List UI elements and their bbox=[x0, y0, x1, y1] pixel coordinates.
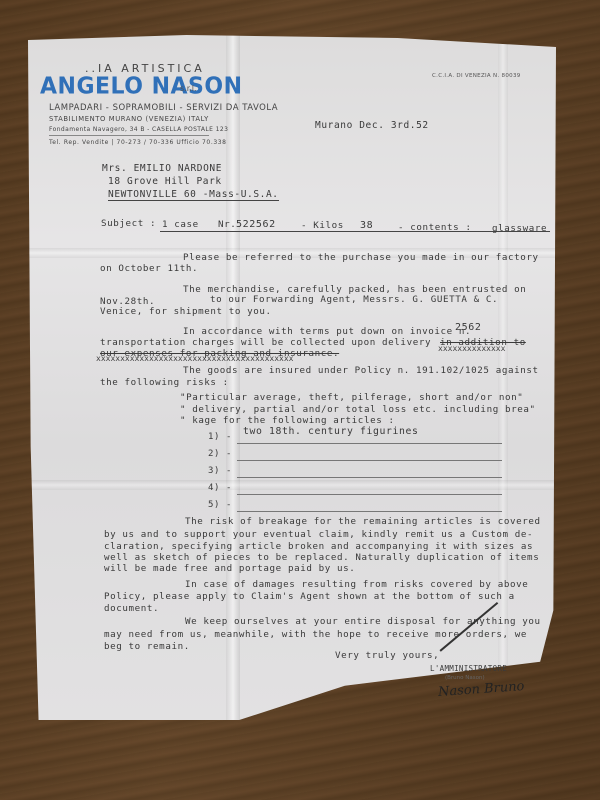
body-text: In case of damages resulting from risks … bbox=[185, 579, 528, 590]
body-text: Please be referred to the purchase you m… bbox=[183, 252, 539, 263]
article-blank-line bbox=[237, 443, 502, 444]
article-number: 1) - bbox=[208, 432, 232, 442]
letterhead-phones: Tel. Rep. Vendite | 70-273 / 70-336 Uffi… bbox=[49, 139, 227, 146]
subject-kilos: 38 bbox=[360, 220, 373, 231]
article-number: 2) - bbox=[208, 449, 232, 459]
body-text: The goods are insured under Policy n. 19… bbox=[183, 365, 539, 376]
subject-number-label: Nr. bbox=[218, 219, 236, 230]
subject-contents: glassware bbox=[492, 223, 547, 234]
letterhead-divider bbox=[49, 135, 209, 136]
risk-text: " kage for the following articles : bbox=[180, 415, 395, 426]
body-text: will be made free and portage paid by us… bbox=[104, 563, 355, 574]
typed-xs: xxxxxxxxxxxxxxxxxxxxxxxxxxxxxxxxxxxxxxxx… bbox=[96, 354, 293, 363]
article-blank-line bbox=[237, 511, 502, 512]
typed-xs: xxxxxxxxxxxxxx bbox=[438, 344, 505, 353]
registry-number: C.C.I.A. DI VENEZIA N. 80039 bbox=[432, 73, 521, 79]
body-text: transportation charges will be collected… bbox=[100, 337, 431, 348]
invoice-number: 2562 bbox=[455, 322, 481, 333]
letter-date: Murano Dec. 3rd.52 bbox=[315, 120, 429, 131]
risk-text: "Particular average, theft, pilferage, s… bbox=[180, 392, 523, 403]
body-text: beg to remain. bbox=[104, 641, 190, 652]
body-text: Policy, please apply to Claim's Agent sh… bbox=[104, 591, 515, 602]
article-number: 4) - bbox=[208, 483, 232, 493]
stamp-title: L'AMMINISTRATORE bbox=[430, 664, 507, 673]
body-text: well as sketch of pieces to be replaced.… bbox=[104, 552, 539, 563]
recipient-city: NEWTONVILLE 60 -Mass-U.S.A. bbox=[108, 189, 279, 201]
body-text: to our Forwarding Agent, Messrs. G. GUET… bbox=[210, 294, 498, 305]
body-text: In accordance with terms put down on inv… bbox=[183, 326, 471, 337]
body-text: by us and to support your eventual claim… bbox=[104, 529, 533, 540]
letterhead-address: Fondamenta Navagero, 34 B - CASELLA POST… bbox=[49, 126, 228, 133]
recipient-street: 18 Grove Hill Park bbox=[108, 176, 222, 187]
article-number: 5) - bbox=[208, 500, 232, 510]
body-text: on October 11th. bbox=[100, 263, 198, 274]
article-text: two 18th. century figurines bbox=[243, 426, 418, 437]
body-text: The risk of breakage for the remaining a… bbox=[185, 516, 541, 527]
subject-number: 522562 bbox=[236, 219, 276, 230]
recipient-name: Mrs. EMILIO NARDONE bbox=[102, 163, 222, 174]
company-suffix: s.r.l. bbox=[180, 84, 197, 93]
paper-fold bbox=[28, 480, 556, 490]
risk-text: " delivery, partial and/or total loss et… bbox=[180, 404, 536, 415]
body-text: We keep ourselves at your entire disposa… bbox=[185, 616, 541, 627]
company-name: ANGELO NASON bbox=[40, 73, 243, 99]
subject-contents-label: - contents : bbox=[398, 222, 472, 233]
body-text: claration, specifying article broken and… bbox=[104, 541, 533, 552]
subject-label: Subject : bbox=[101, 218, 156, 229]
stamp-subtitle: (Bruno Nason) bbox=[445, 675, 485, 681]
letterhead-establishment: STABILIMENTO MURANO (VENEZIA) ITALY bbox=[49, 115, 209, 123]
body-text: Venice, for shipment to you. bbox=[100, 306, 272, 317]
article-number: 3) - bbox=[208, 466, 232, 476]
article-blank-line bbox=[237, 494, 502, 495]
closing-salutation: Very truly yours, bbox=[335, 650, 439, 661]
article-blank-line bbox=[237, 460, 502, 461]
letterhead-products: LAMPADARI - SOPRAMOBILI - SERVIZI DA TAV… bbox=[49, 103, 278, 113]
subject-cases: 1 case bbox=[162, 219, 199, 230]
article-blank-line bbox=[237, 477, 502, 478]
subject-kilos-label: - Kilos bbox=[301, 220, 344, 231]
body-text: the following risks : bbox=[100, 377, 229, 388]
body-text: document. bbox=[104, 603, 159, 614]
